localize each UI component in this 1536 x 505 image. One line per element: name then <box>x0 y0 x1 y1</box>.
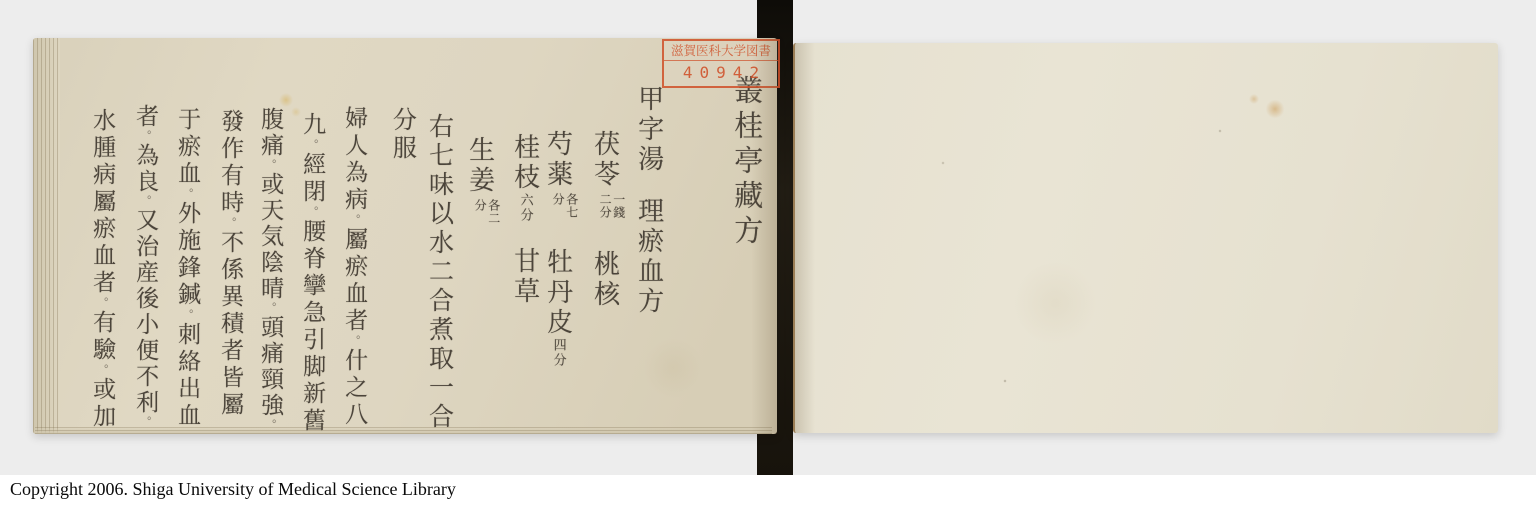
caption-bar: Copyright 2006. Shiga University of Medi… <box>0 475 1536 505</box>
stamp-accession-number: 40942 <box>676 61 766 85</box>
library-accession-stamp: 滋賀医科大学図書 40942 <box>662 39 780 88</box>
right-page-stains <box>795 43 1498 433</box>
stamp-library-name: 滋賀医科大学図書 <box>664 41 778 61</box>
left-page: 叢桂亭藏方甲字湯理瘀血方茯苓一錢二分桃核芍薬各七分牡丹皮四分桂枝六分甘草生姜各二… <box>33 38 777 434</box>
manuscript-column: 芍薬各七分牡丹皮四分 <box>542 130 578 368</box>
copyright-text: Copyright 2006. Shiga University of Medi… <box>0 475 1536 503</box>
left-page-text: 叢桂亭藏方甲字湯理瘀血方茯苓一錢二分桃核芍薬各七分牡丹皮四分桂枝六分甘草生姜各二… <box>33 38 777 434</box>
manuscript-column: 者。為良。又治産後小便不利。 <box>131 104 158 429</box>
manuscript-column: 婦人為病。屬瘀血者。什之八 <box>340 106 367 429</box>
manuscript-column: 叢桂亭藏方 <box>730 75 764 250</box>
manuscript-column: 右七味以水二合煮取一合 <box>425 113 455 432</box>
manuscript-column: 生姜各二分 <box>464 136 500 228</box>
manuscript-column: 桂枝六分甘草 <box>509 133 540 307</box>
manuscript-column: 茯苓一錢二分桃核 <box>589 130 625 310</box>
manuscript-column: 甲字湯理瘀血方 <box>633 85 664 317</box>
right-page <box>793 43 1498 433</box>
manuscript-column: 九。經閉。腰脊攣急引脚新舊 <box>298 112 325 435</box>
manuscript-column: 于瘀血。外施鋒鍼。刺絡出血 <box>173 107 200 430</box>
manuscript-column: 分服 <box>388 107 416 163</box>
scan-viewport: { "copyright": "Copyright 2006. Shiga Un… <box>0 0 1536 505</box>
manuscript-column: 水腫病屬瘀血者。有驗。或加 <box>88 108 115 431</box>
manuscript-column: 發作有時。不係異積者皆屬 <box>216 109 243 419</box>
manuscript-column: 腹痛。或天気陰晴。頭痛頸強。 <box>256 107 283 432</box>
